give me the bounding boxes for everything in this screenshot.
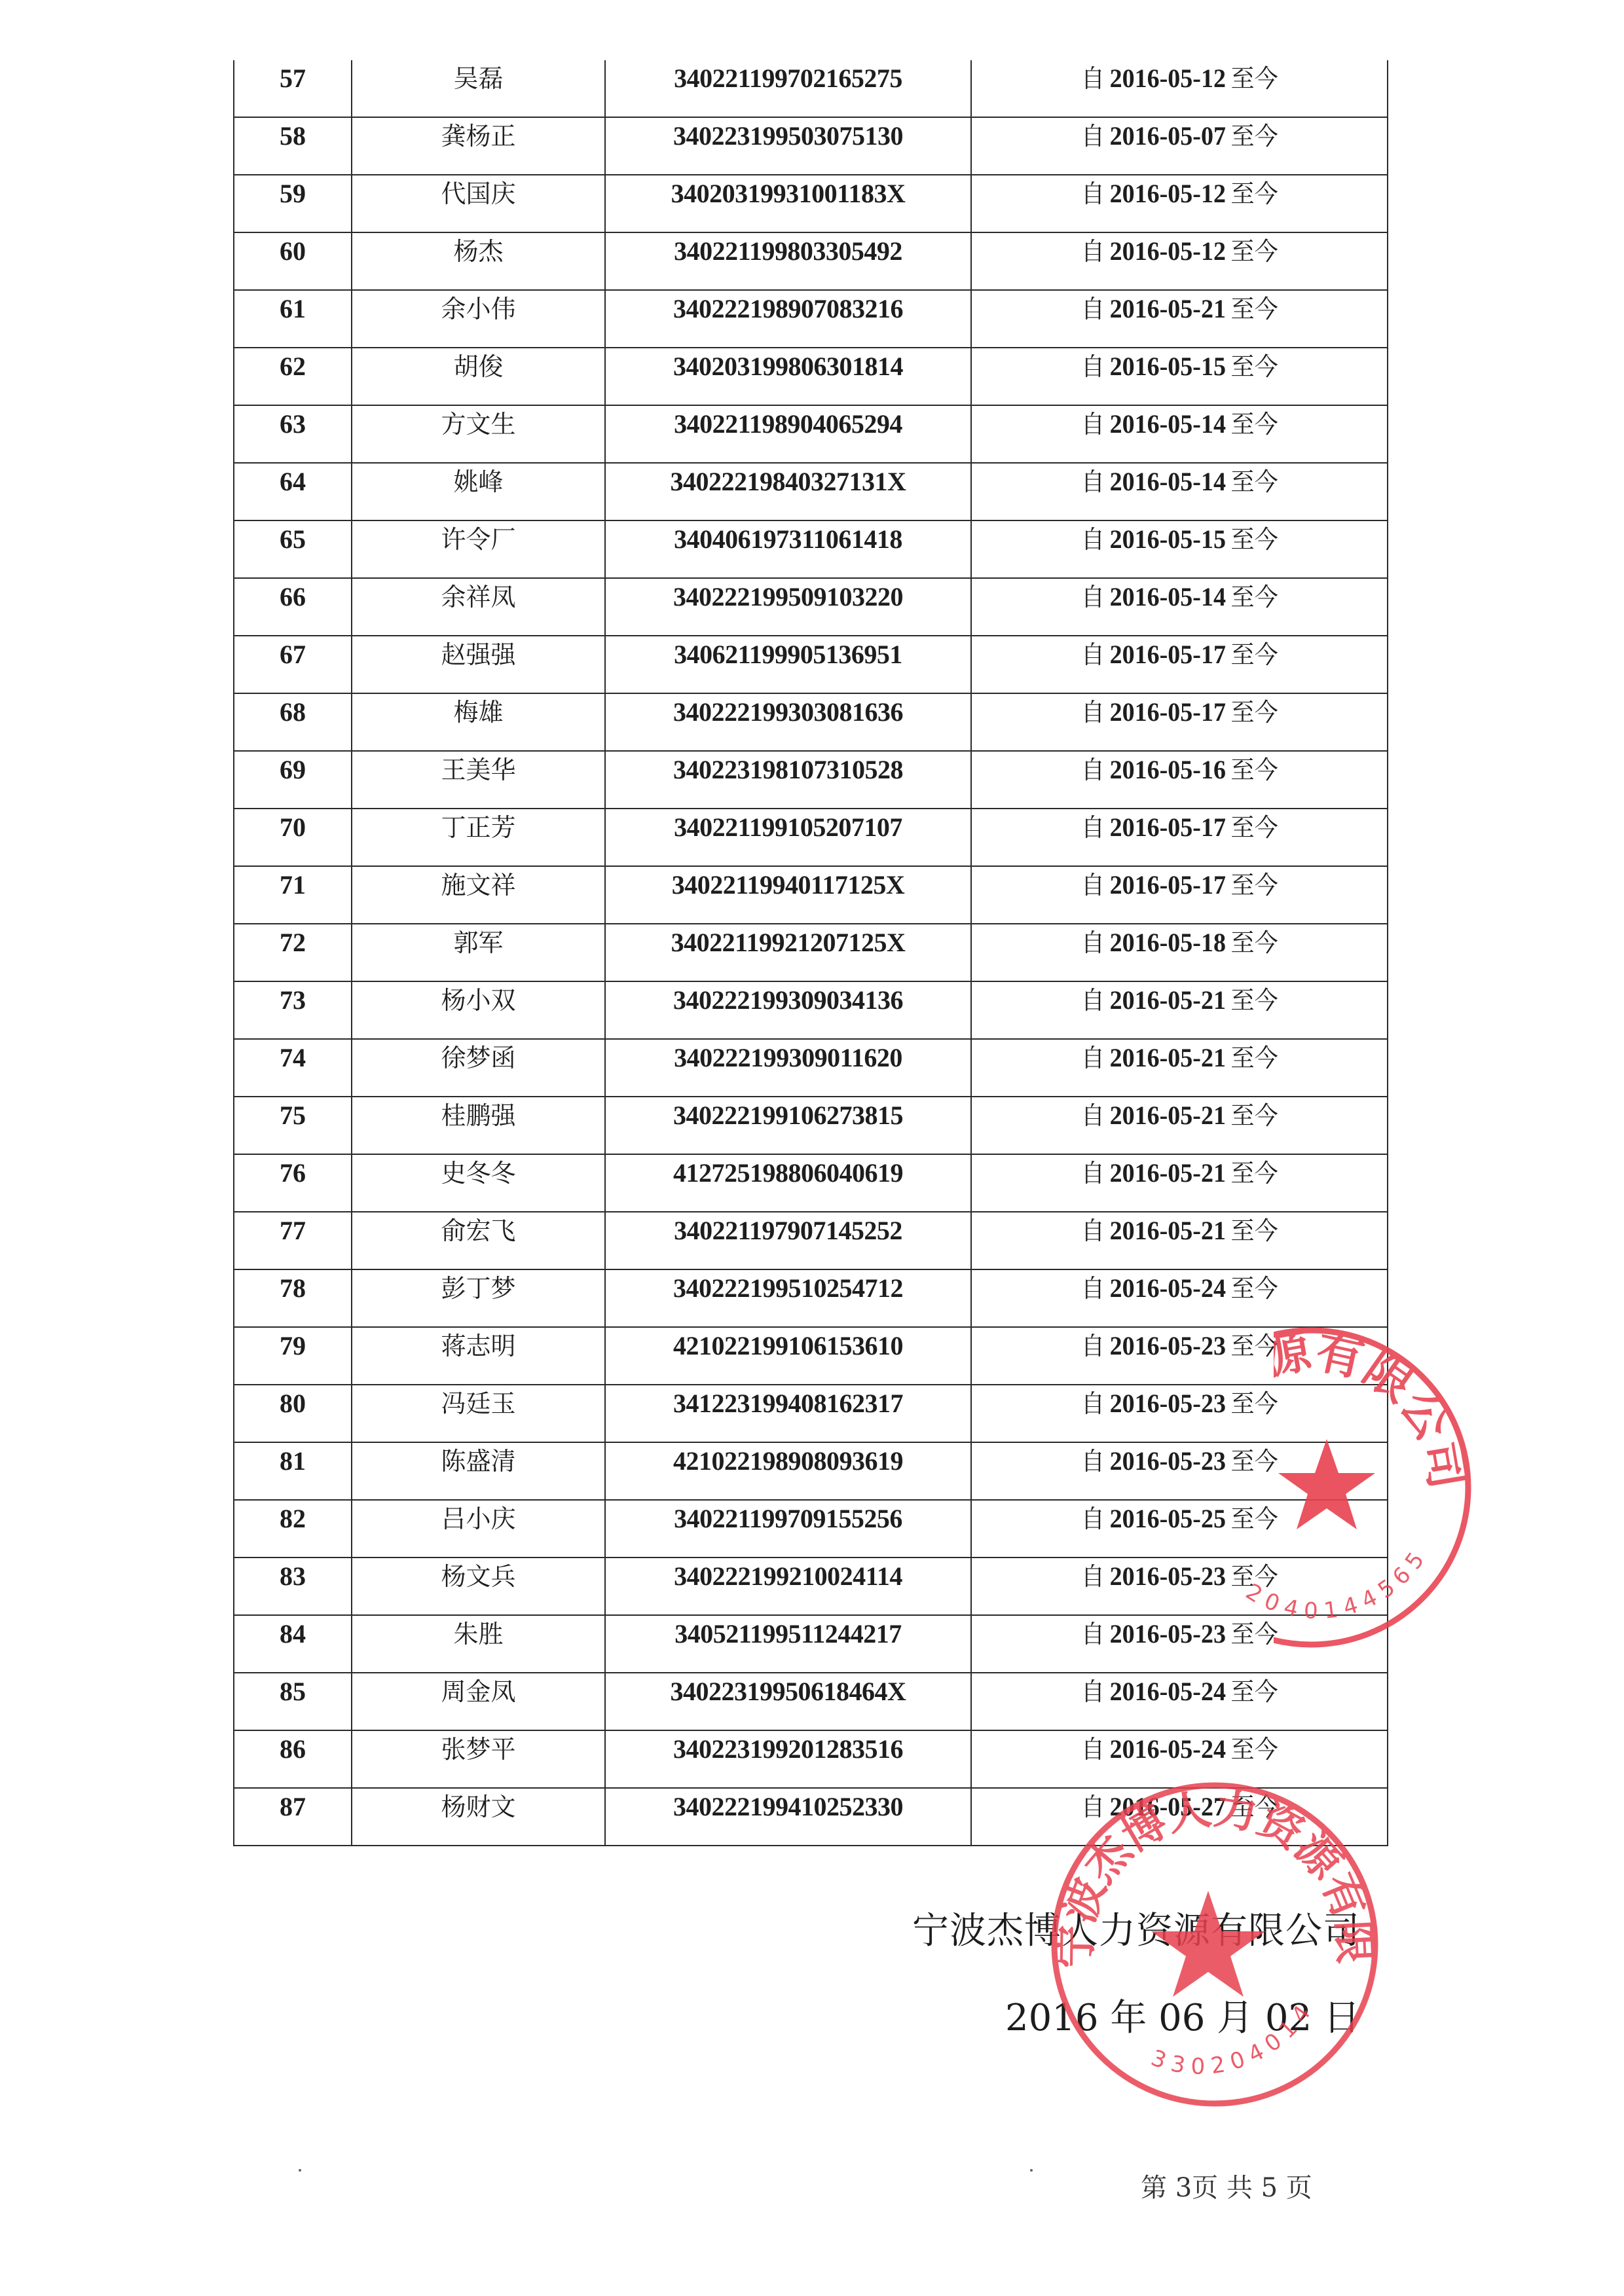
insured-since: 自2016-05-23至今 bbox=[971, 1385, 1388, 1442]
since-prefix: 自 bbox=[1081, 1101, 1105, 1130]
row-number-text: 74 bbox=[280, 1042, 306, 1074]
since-suffix: 至今 bbox=[1230, 1216, 1278, 1245]
id-number: 340222199210024114 bbox=[605, 1558, 971, 1615]
table-row: 68梅雄340222199303081636自2016-05-17至今 bbox=[234, 693, 1388, 751]
since-prefix: 自 bbox=[1081, 756, 1105, 784]
since-prefix: 自 bbox=[1081, 237, 1105, 266]
id-number: 340222199309034136 bbox=[605, 981, 971, 1039]
employee-name-text: 姚峰 bbox=[453, 466, 503, 498]
since-date: 2016-05-14 bbox=[1109, 582, 1225, 611]
employee-name-text: 龚杨正 bbox=[441, 120, 515, 152]
table-row: 69王美华340223198107310528自2016-05-16至今 bbox=[234, 751, 1388, 809]
row-number: 64 bbox=[234, 463, 352, 520]
id-number-text: 340222199210024114 bbox=[674, 1561, 902, 1592]
table-row: 78彭丁梦340222199510254712自2016-05-24至今 bbox=[234, 1269, 1388, 1327]
row-number-text: 60 bbox=[280, 236, 306, 267]
table-row: 57吴磊340221199702165275自2016-05-12至今 bbox=[234, 60, 1388, 117]
insured-since-text: 自2016-05-27至今 bbox=[1081, 1791, 1278, 1823]
row-number: 81 bbox=[234, 1442, 352, 1500]
insured-since-text: 自2016-05-16至今 bbox=[1081, 754, 1278, 786]
since-prefix: 自 bbox=[1081, 1159, 1105, 1188]
id-number-text: 340223199201283516 bbox=[673, 1734, 903, 1765]
employee-name: 朱胜 bbox=[352, 1615, 605, 1673]
since-suffix: 至今 bbox=[1230, 1677, 1278, 1706]
since-prefix: 自 bbox=[1081, 640, 1105, 669]
since-date: 2016-05-24 bbox=[1109, 1677, 1225, 1706]
employee-name: 俞宏飞 bbox=[352, 1212, 605, 1269]
id-number-text: 340223199503075130 bbox=[673, 120, 903, 152]
id-number-text: 340521199511244217 bbox=[674, 1618, 902, 1650]
insured-since: 自2016-05-15至今 bbox=[971, 348, 1388, 405]
insured-since-text: 自2016-05-25至今 bbox=[1081, 1503, 1278, 1535]
employee-name-text: 吴磊 bbox=[453, 63, 503, 94]
id-number-text: 340221199702165275 bbox=[674, 63, 902, 94]
id-number: 34022119921207125X bbox=[605, 924, 971, 981]
insured-since-text: 自2016-05-21至今 bbox=[1081, 985, 1278, 1016]
row-number: 80 bbox=[234, 1385, 352, 1442]
since-date: 2016-05-16 bbox=[1109, 755, 1225, 784]
since-date: 2016-05-23 bbox=[1109, 1561, 1225, 1591]
table-row: 80冯廷玉341223199408162317自2016-05-23至今 bbox=[234, 1385, 1388, 1442]
table-row: 65许令厂340406197311061418自2016-05-15至今 bbox=[234, 520, 1388, 578]
insured-since: 自2016-05-12至今 bbox=[971, 60, 1388, 117]
id-number: 340221199803305492 bbox=[605, 232, 971, 290]
id-number: 34022119940117125X bbox=[605, 866, 971, 924]
since-date: 2016-05-21 bbox=[1109, 294, 1225, 323]
since-prefix: 自 bbox=[1081, 1389, 1105, 1418]
insured-since-text: 自2016-05-21至今 bbox=[1081, 1215, 1278, 1247]
id-number: 340222199509103220 bbox=[605, 578, 971, 636]
signature-company-name: 宁波杰博人力资源有限公司 bbox=[912, 1902, 1360, 1954]
table-row: 72郭军34022119921207125X自2016-05-18至今 bbox=[234, 924, 1388, 981]
row-number: 67 bbox=[234, 636, 352, 693]
row-number-text: 84 bbox=[280, 1618, 306, 1650]
row-number: 68 bbox=[234, 693, 352, 751]
employee-name-text: 王美华 bbox=[441, 754, 515, 786]
id-number: 340221197907145252 bbox=[605, 1212, 971, 1269]
insured-since: 自2016-05-21至今 bbox=[971, 1039, 1388, 1097]
employee-name: 施文祥 bbox=[352, 866, 605, 924]
since-prefix: 自 bbox=[1081, 928, 1105, 957]
id-number: 340621199905136951 bbox=[605, 636, 971, 693]
insured-since-text: 自2016-05-23至今 bbox=[1081, 1561, 1278, 1592]
row-number-text: 87 bbox=[280, 1791, 306, 1823]
row-number: 79 bbox=[234, 1327, 352, 1385]
id-number: 34022219840327131X bbox=[605, 463, 971, 520]
since-suffix: 至今 bbox=[1230, 1274, 1278, 1303]
row-number: 78 bbox=[234, 1269, 352, 1327]
employee-name-text: 赵强强 bbox=[441, 639, 515, 670]
insured-since-text: 自2016-05-23至今 bbox=[1081, 1330, 1278, 1362]
row-number-text: 63 bbox=[280, 409, 306, 440]
employee-name-text: 徐梦函 bbox=[441, 1042, 515, 1074]
employee-name: 冯廷玉 bbox=[352, 1385, 605, 1442]
row-number: 62 bbox=[234, 348, 352, 405]
table-row: 74徐梦函340222199309011620自2016-05-21至今 bbox=[234, 1039, 1388, 1097]
since-suffix: 至今 bbox=[1230, 1159, 1278, 1188]
id-number-text: 340221199803305492 bbox=[674, 236, 902, 267]
id-number-text: 340406197311061418 bbox=[674, 524, 902, 555]
since-suffix: 至今 bbox=[1230, 122, 1278, 151]
employee-name: 梅雄 bbox=[352, 693, 605, 751]
row-number: 70 bbox=[234, 809, 352, 866]
insured-since: 自2016-05-15至今 bbox=[971, 520, 1388, 578]
id-number-text: 340203199806301814 bbox=[673, 351, 903, 382]
row-number: 85 bbox=[234, 1673, 352, 1730]
employee-name-text: 代国庆 bbox=[441, 178, 515, 210]
row-number-text: 62 bbox=[280, 351, 306, 382]
id-number-text: 340221198904065294 bbox=[674, 409, 902, 440]
id-number-text: 340223198107310528 bbox=[673, 754, 903, 786]
row-number-text: 65 bbox=[280, 524, 306, 555]
row-number-text: 58 bbox=[280, 120, 306, 152]
since-prefix: 自 bbox=[1081, 1620, 1105, 1649]
since-suffix: 至今 bbox=[1230, 871, 1278, 900]
employee-name-text: 彭丁梦 bbox=[441, 1273, 515, 1304]
employee-name-text: 朱胜 bbox=[453, 1618, 503, 1650]
employee-name: 龚杨正 bbox=[352, 117, 605, 175]
employee-name-text: 施文祥 bbox=[441, 869, 515, 901]
insured-since: 自2016-05-24至今 bbox=[971, 1673, 1388, 1730]
id-number: 340203199806301814 bbox=[605, 348, 971, 405]
since-date: 2016-05-24 bbox=[1109, 1734, 1225, 1764]
id-number: 340221199105207107 bbox=[605, 809, 971, 866]
insured-since-text: 自2016-05-12至今 bbox=[1081, 236, 1278, 267]
table-row: 71施文祥34022119940117125X自2016-05-17至今 bbox=[234, 866, 1388, 924]
insured-since: 自2016-05-21至今 bbox=[971, 981, 1388, 1039]
table-row: 83杨文兵340222199210024114自2016-05-23至今 bbox=[234, 1558, 1388, 1615]
id-number: 340223198107310528 bbox=[605, 751, 971, 809]
since-suffix: 至今 bbox=[1230, 1793, 1278, 1821]
insured-since: 自2016-05-07至今 bbox=[971, 117, 1388, 175]
since-prefix: 自 bbox=[1081, 1274, 1105, 1303]
id-number-text: 421022199106153610 bbox=[673, 1330, 903, 1362]
row-number-text: 80 bbox=[280, 1388, 306, 1419]
since-date: 2016-05-21 bbox=[1109, 1101, 1225, 1130]
employee-name: 余小伟 bbox=[352, 290, 605, 348]
insured-since: 自2016-05-14至今 bbox=[971, 405, 1388, 463]
insured-since: 自2016-05-14至今 bbox=[971, 578, 1388, 636]
insured-since: 自2016-05-21至今 bbox=[971, 1212, 1388, 1269]
employee-name-text: 杨文兵 bbox=[441, 1561, 515, 1592]
row-number-text: 85 bbox=[280, 1676, 306, 1707]
row-number: 66 bbox=[234, 578, 352, 636]
employee-name: 姚峰 bbox=[352, 463, 605, 520]
employee-name-text: 余小伟 bbox=[441, 293, 515, 325]
employee-name: 徐梦函 bbox=[352, 1039, 605, 1097]
id-number-text: 340222199309034136 bbox=[673, 985, 903, 1016]
insured-since-text: 自2016-05-17至今 bbox=[1081, 639, 1278, 670]
employee-name-text: 史冬冬 bbox=[441, 1157, 515, 1189]
id-number-text: 340222199510254712 bbox=[673, 1273, 903, 1304]
row-number: 69 bbox=[234, 751, 352, 809]
table-row: 58龚杨正340223199503075130自2016-05-07至今 bbox=[234, 117, 1388, 175]
employee-name: 胡俊 bbox=[352, 348, 605, 405]
employee-name: 吴磊 bbox=[352, 60, 605, 117]
since-date: 2016-05-18 bbox=[1109, 928, 1225, 957]
id-number-text: 340222199410252330 bbox=[673, 1791, 903, 1823]
employee-name-text: 杨小双 bbox=[441, 985, 515, 1016]
employee-name-text: 郭军 bbox=[453, 927, 503, 958]
since-date: 2016-05-23 bbox=[1109, 1446, 1225, 1476]
employee-name-text: 冯廷玉 bbox=[441, 1388, 515, 1419]
since-prefix: 自 bbox=[1081, 1562, 1105, 1591]
since-date: 2016-05-17 bbox=[1109, 640, 1225, 669]
since-suffix: 至今 bbox=[1230, 1620, 1278, 1649]
since-date: 2016-05-12 bbox=[1109, 64, 1225, 93]
since-prefix: 自 bbox=[1081, 525, 1105, 554]
table-row: 60杨杰340221199803305492自2016-05-12至今 bbox=[234, 232, 1388, 290]
since-prefix: 自 bbox=[1081, 1504, 1105, 1533]
table-row: 75桂鹏强340222199106273815自2016-05-21至今 bbox=[234, 1097, 1388, 1154]
insured-since-text: 自2016-05-15至今 bbox=[1081, 524, 1278, 555]
since-suffix: 至今 bbox=[1230, 1332, 1278, 1360]
document-page: 57吴磊340221199702165275自2016-05-12至今58龚杨正… bbox=[0, 0, 1624, 2296]
since-date: 2016-05-15 bbox=[1109, 524, 1225, 554]
employee-name: 方文生 bbox=[352, 405, 605, 463]
since-prefix: 自 bbox=[1081, 583, 1105, 611]
id-number: 340221199702165275 bbox=[605, 60, 971, 117]
insured-since-text: 自2016-05-24至今 bbox=[1081, 1273, 1278, 1304]
employee-name-text: 丁正芳 bbox=[441, 812, 515, 843]
since-date: 2016-05-17 bbox=[1109, 812, 1225, 842]
row-number-text: 77 bbox=[280, 1215, 306, 1247]
table-row: 62胡俊340203199806301814自2016-05-15至今 bbox=[234, 348, 1388, 405]
id-number: 412725198806040619 bbox=[605, 1154, 971, 1212]
row-number: 77 bbox=[234, 1212, 352, 1269]
row-number: 63 bbox=[234, 405, 352, 463]
insured-since-text: 自2016-05-12至今 bbox=[1081, 63, 1278, 94]
insured-since: 自2016-05-23至今 bbox=[971, 1615, 1388, 1673]
employee-name: 杨杰 bbox=[352, 232, 605, 290]
id-number-text: 34022319950618464X bbox=[671, 1676, 906, 1707]
row-number: 57 bbox=[234, 60, 352, 117]
since-suffix: 至今 bbox=[1230, 640, 1278, 669]
insured-since: 自2016-05-21至今 bbox=[971, 1097, 1388, 1154]
since-date: 2016-05-27 bbox=[1109, 1792, 1225, 1821]
id-number-text: 340222199509103220 bbox=[673, 581, 903, 613]
row-number: 59 bbox=[234, 175, 352, 232]
insured-since: 自2016-05-23至今 bbox=[971, 1327, 1388, 1385]
since-prefix: 自 bbox=[1081, 352, 1105, 381]
table-row: 79蒋志明421022199106153610自2016-05-23至今 bbox=[234, 1327, 1388, 1385]
employee-name-text: 胡俊 bbox=[453, 351, 503, 382]
since-suffix: 至今 bbox=[1230, 352, 1278, 381]
since-suffix: 至今 bbox=[1230, 1101, 1278, 1130]
table-row: 81陈盛清421022198908093619自2016-05-23至今 bbox=[234, 1442, 1388, 1500]
since-prefix: 自 bbox=[1081, 1044, 1105, 1072]
employee-name-text: 陈盛清 bbox=[441, 1446, 515, 1477]
since-prefix: 自 bbox=[1081, 1447, 1105, 1476]
insured-since: 自2016-05-14至今 bbox=[971, 463, 1388, 520]
insured-since-text: 自2016-05-15至今 bbox=[1081, 351, 1278, 382]
table-row: 61余小伟340222198907083216自2016-05-21至今 bbox=[234, 290, 1388, 348]
insured-since-text: 自2016-05-14至今 bbox=[1081, 409, 1278, 440]
id-number: 340223199503075130 bbox=[605, 117, 971, 175]
since-date: 2016-05-17 bbox=[1109, 697, 1225, 727]
row-number: 84 bbox=[234, 1615, 352, 1673]
id-number: 340222199309011620 bbox=[605, 1039, 971, 1097]
row-number-text: 78 bbox=[280, 1273, 306, 1304]
since-prefix: 自 bbox=[1081, 986, 1105, 1015]
row-number-text: 66 bbox=[280, 581, 306, 613]
row-number: 65 bbox=[234, 520, 352, 578]
id-number: 340222198907083216 bbox=[605, 290, 971, 348]
row-number-text: 83 bbox=[280, 1561, 306, 1592]
row-number-text: 70 bbox=[280, 812, 306, 843]
id-number: 340222199510254712 bbox=[605, 1269, 971, 1327]
id-number-text: 340221199709155256 bbox=[674, 1503, 902, 1535]
since-date: 2016-05-15 bbox=[1109, 352, 1225, 381]
employee-name: 蒋志明 bbox=[352, 1327, 605, 1385]
employee-name: 彭丁梦 bbox=[352, 1269, 605, 1327]
insured-since: 自2016-05-17至今 bbox=[971, 866, 1388, 924]
row-number: 58 bbox=[234, 117, 352, 175]
id-number-text: 34022219840327131X bbox=[671, 466, 906, 498]
insured-since-text: 自2016-05-17至今 bbox=[1081, 869, 1278, 901]
scan-speck bbox=[1030, 2169, 1033, 2172]
since-date: 2016-05-23 bbox=[1109, 1389, 1225, 1418]
insured-since: 自2016-05-21至今 bbox=[971, 290, 1388, 348]
row-number-text: 73 bbox=[280, 985, 306, 1016]
table-row: 59代国庆34020319931001183X自2016-05-12至今 bbox=[234, 175, 1388, 232]
employee-name-text: 桂鹏强 bbox=[441, 1100, 515, 1131]
since-date: 2016-05-17 bbox=[1109, 870, 1225, 900]
row-number-text: 86 bbox=[280, 1734, 306, 1765]
id-number-text: 340222199106273815 bbox=[673, 1100, 903, 1131]
since-date: 2016-05-12 bbox=[1109, 236, 1225, 266]
row-number: 73 bbox=[234, 981, 352, 1039]
id-number-text: 340222198907083216 bbox=[673, 293, 903, 325]
insured-since-text: 自2016-05-07至今 bbox=[1081, 120, 1278, 152]
insured-since: 自2016-05-18至今 bbox=[971, 924, 1388, 981]
since-prefix: 自 bbox=[1081, 410, 1105, 439]
insured-since: 自2016-05-17至今 bbox=[971, 693, 1388, 751]
id-number: 340221199709155256 bbox=[605, 1500, 971, 1558]
row-number: 75 bbox=[234, 1097, 352, 1154]
since-prefix: 自 bbox=[1081, 871, 1105, 900]
row-number-text: 61 bbox=[280, 293, 306, 325]
employee-name: 赵强强 bbox=[352, 636, 605, 693]
table-row: 70丁正芳340221199105207107自2016-05-17至今 bbox=[234, 809, 1388, 866]
insured-since-text: 自2016-05-23至今 bbox=[1081, 1618, 1278, 1650]
id-number-text: 34020319931001183X bbox=[671, 178, 906, 210]
insured-since: 自2016-05-17至今 bbox=[971, 809, 1388, 866]
since-suffix: 至今 bbox=[1230, 1389, 1278, 1418]
employee-name: 史冬冬 bbox=[352, 1154, 605, 1212]
insured-since-text: 自2016-05-23至今 bbox=[1081, 1388, 1278, 1419]
employee-name-text: 余祥凤 bbox=[441, 581, 515, 613]
row-number-text: 81 bbox=[280, 1446, 306, 1477]
table-row: 86张梦平340223199201283516自2016-05-24至今 bbox=[234, 1730, 1388, 1788]
row-number: 87 bbox=[234, 1788, 352, 1846]
since-date: 2016-05-14 bbox=[1109, 409, 1225, 439]
row-number-text: 69 bbox=[280, 754, 306, 786]
id-number: 421022199106153610 bbox=[605, 1327, 971, 1385]
insured-since: 自2016-05-16至今 bbox=[971, 751, 1388, 809]
row-number-text: 59 bbox=[280, 178, 306, 210]
since-suffix: 至今 bbox=[1230, 410, 1278, 439]
employee-name: 桂鹏强 bbox=[352, 1097, 605, 1154]
row-number: 86 bbox=[234, 1730, 352, 1788]
since-suffix: 至今 bbox=[1230, 1044, 1278, 1072]
employee-name-text: 俞宏飞 bbox=[441, 1215, 515, 1247]
row-number-text: 67 bbox=[280, 639, 306, 670]
insured-since-text: 自2016-05-21至今 bbox=[1081, 1100, 1278, 1131]
table-row: 77俞宏飞340221197907145252自2016-05-21至今 bbox=[234, 1212, 1388, 1269]
employee-name-text: 蒋志明 bbox=[441, 1330, 515, 1362]
row-number-text: 76 bbox=[280, 1157, 306, 1189]
table-row: 82吕小庆340221199709155256自2016-05-25至今 bbox=[234, 1500, 1388, 1558]
id-number: 340221198904065294 bbox=[605, 405, 971, 463]
employee-name-text: 杨财文 bbox=[441, 1791, 515, 1823]
employee-name: 余祥凤 bbox=[352, 578, 605, 636]
employee-name: 丁正芳 bbox=[352, 809, 605, 866]
id-number-text: 340221197907145252 bbox=[674, 1215, 902, 1247]
id-number-text: 421022198908093619 bbox=[673, 1446, 903, 1477]
row-number-text: 71 bbox=[280, 869, 306, 901]
id-number-text: 340621199905136951 bbox=[674, 639, 902, 670]
employee-name: 吕小庆 bbox=[352, 1500, 605, 1558]
insured-since: 自2016-05-12至今 bbox=[971, 232, 1388, 290]
since-suffix: 至今 bbox=[1230, 583, 1278, 611]
row-number-text: 64 bbox=[280, 466, 306, 498]
table-row: 84朱胜340521199511244217自2016-05-23至今 bbox=[234, 1615, 1388, 1673]
employee-name: 杨小双 bbox=[352, 981, 605, 1039]
table-row: 87杨财文340222199410252330自2016-05-27至今 bbox=[234, 1788, 1388, 1846]
since-date: 2016-05-12 bbox=[1109, 179, 1225, 208]
since-suffix: 至今 bbox=[1230, 295, 1278, 323]
insured-since: 自2016-05-17至今 bbox=[971, 636, 1388, 693]
since-prefix: 自 bbox=[1081, 295, 1105, 323]
since-suffix: 至今 bbox=[1230, 64, 1278, 93]
employee-name: 王美华 bbox=[352, 751, 605, 809]
id-number: 340222199106273815 bbox=[605, 1097, 971, 1154]
insured-since-text: 自2016-05-21至今 bbox=[1081, 293, 1278, 325]
id-number: 340406197311061418 bbox=[605, 520, 971, 578]
row-number-text: 79 bbox=[280, 1330, 306, 1362]
since-date: 2016-05-07 bbox=[1109, 121, 1225, 151]
row-number: 60 bbox=[234, 232, 352, 290]
since-prefix: 自 bbox=[1081, 1332, 1105, 1360]
since-prefix: 自 bbox=[1081, 1735, 1105, 1764]
since-suffix: 至今 bbox=[1230, 1447, 1278, 1476]
insured-since: 自2016-05-24至今 bbox=[971, 1730, 1388, 1788]
insured-since-text: 自2016-05-17至今 bbox=[1081, 697, 1278, 728]
insured-since-text: 自2016-05-23至今 bbox=[1081, 1446, 1278, 1477]
employee-name: 郭军 bbox=[352, 924, 605, 981]
since-date: 2016-05-21 bbox=[1109, 1158, 1225, 1188]
since-suffix: 至今 bbox=[1230, 756, 1278, 784]
employee-name-text: 杨杰 bbox=[453, 236, 503, 267]
row-number-text: 75 bbox=[280, 1100, 306, 1131]
id-number-text: 341223199408162317 bbox=[673, 1388, 903, 1419]
signature-date: 2016 年 06 月 02 日 bbox=[1005, 1989, 1360, 2041]
row-number-text: 82 bbox=[280, 1503, 306, 1535]
since-date: 2016-05-21 bbox=[1109, 1043, 1225, 1072]
since-suffix: 至今 bbox=[1230, 1735, 1278, 1764]
since-suffix: 至今 bbox=[1230, 525, 1278, 554]
since-prefix: 自 bbox=[1081, 1216, 1105, 1245]
row-number: 83 bbox=[234, 1558, 352, 1615]
since-prefix: 自 bbox=[1081, 467, 1105, 496]
id-number-text: 34022119921207125X bbox=[671, 927, 906, 958]
since-suffix: 至今 bbox=[1230, 179, 1278, 208]
since-date: 2016-05-21 bbox=[1109, 985, 1225, 1015]
insured-since: 自2016-05-25至今 bbox=[971, 1500, 1388, 1558]
id-number: 421022198908093619 bbox=[605, 1442, 971, 1500]
insured-since-text: 自2016-05-14至今 bbox=[1081, 466, 1278, 498]
